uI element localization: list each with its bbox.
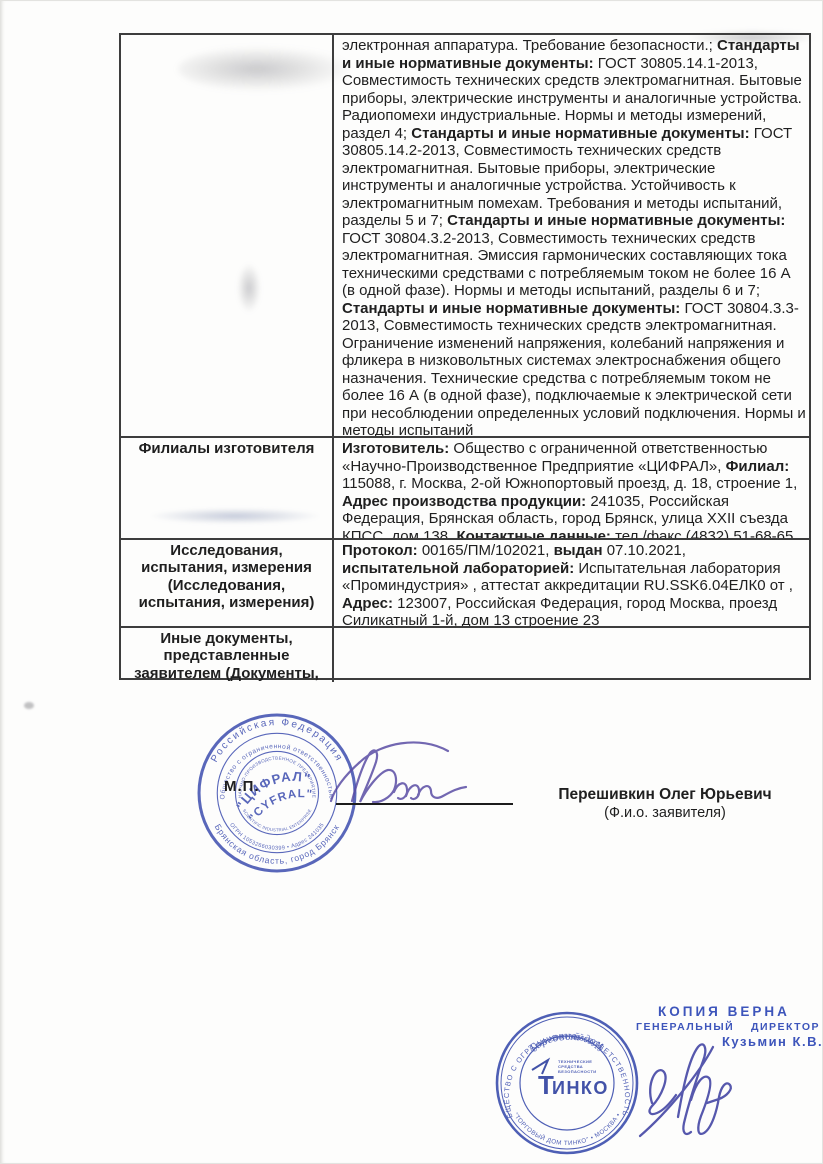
document-page: электронная аппаратура. Требование безоп… <box>0 0 823 1164</box>
text-line: раздел 4; Стандарты и иные нормативные д… <box>342 125 805 143</box>
text-line: разделы 5 и 7; Стандарты и иные норматив… <box>342 212 805 230</box>
copy-verna-role: ГЕНЕРАЛЬНЫЙ ДИРЕКТОР <box>630 1021 820 1033</box>
text-line: (в одной фазе). Нормы и методы испытаний… <box>342 282 805 300</box>
text-line: представленные <box>121 647 332 664</box>
text-line: 115088, г. Москва, 2-ой Южнопортовый про… <box>342 475 805 493</box>
tinko-trading-house-text: Торговый дом <box>527 1032 605 1055</box>
text-line: Адрес: 123007, Российская Федерация, гор… <box>342 595 805 613</box>
text-line: (Исследования, <box>121 577 332 594</box>
row-label-cell: Филиалы изготовителя <box>121 438 334 538</box>
text-line: Филиалы изготовителя <box>121 440 332 457</box>
role-right-text: ДИРЕКТОР <box>751 1021 820 1033</box>
director-signature <box>620 1035 750 1150</box>
text-line: Протокол: 00165/ПМ/102021, выдан 07.10.2… <box>342 542 805 560</box>
text-line: 30805.14.2-2013, Совместимость техническ… <box>342 142 805 160</box>
signature-line <box>336 803 513 805</box>
text-line: испытания, измерения <box>121 559 332 576</box>
text-line: и иные нормативные документы: ГОСТ 30805… <box>342 55 805 73</box>
text-line: Силикатный 1-й, дом 13 строение 23 <box>342 612 805 626</box>
stamp-place-label: М.П. <box>224 778 260 795</box>
text-line: Изготовитель: Общество с ограниченной от… <box>342 440 805 458</box>
other-documents-cell <box>334 628 809 682</box>
text-line: испытательной лабораторией: Испытательна… <box>342 560 805 578</box>
text-line: более 16 А (в одной фазе), подключаемые … <box>342 387 805 405</box>
text-line: «Научно-Производственное Предприятие «ЦИ… <box>342 458 805 476</box>
standards-text-cell: электронная аппаратура. Требование безоп… <box>334 35 809 436</box>
scan-smudge <box>24 702 34 709</box>
text-line: Радиопомехи индустриальные. Нормы и мето… <box>342 107 805 125</box>
row-tests-measurements: Исследования,испытания, измерения(Исслед… <box>121 540 809 628</box>
row-manufacturer-branches: Филиалы изготовителя Изготовитель: Общес… <box>121 438 809 540</box>
text-line: Исследования, <box>121 542 332 559</box>
text-line: методы испытаний <box>342 422 805 436</box>
manufacturer-text-cell: Изготовитель: Общество с ограниченной от… <box>334 438 809 538</box>
row-label-cell: Исследования,испытания, измерения(Исслед… <box>121 540 334 626</box>
text-line: фликера в низковольтных системах электро… <box>342 352 805 370</box>
text-line: при несоблюдении определенных условий по… <box>342 405 805 423</box>
applicant-block: Перешивкин Олег Юрьевич (Ф.и.о. заявител… <box>530 786 800 821</box>
tests-text-cell: Протокол: 00165/ПМ/102021, выдан 07.10.2… <box>334 540 809 626</box>
text-line: «Проминдустрия» , аттестат аккредитации … <box>342 577 805 595</box>
copy-verna-title: КОПИЯ ВЕРНА <box>630 1004 820 1019</box>
text-line: электромагнитная. Эмиссия гармонических … <box>342 247 805 265</box>
text-line: Иные документы, <box>121 630 332 647</box>
text-line: ГОСТ 30804.3.2-2013, Совместимость техни… <box>342 230 805 248</box>
row-label-cell <box>121 35 334 436</box>
text-line: Стандарты и иные нормативные документы: … <box>342 300 805 318</box>
text-line: Адрес производства продукции: 241035, Ро… <box>342 493 805 511</box>
row-other-documents: Иные документы,представленныезаявителем … <box>121 628 809 682</box>
text-line: заявителем (Документы, <box>121 665 332 682</box>
text-line: назначения. Технические средства с потре… <box>342 370 805 388</box>
text-line: техническими средствами с потребляемым т… <box>342 265 805 283</box>
text-line: Ограничение изменений напряжения, колеба… <box>342 335 805 353</box>
role-left-text: ГЕНЕРАЛЬНЫЙ <box>636 1021 734 1033</box>
text-line: электронная аппаратура. Требование безоп… <box>342 37 805 55</box>
stamp-arc-text: Торговый дом <box>527 1032 605 1055</box>
row-standards-continuation: электронная аппаратура. Требование безоп… <box>121 35 809 438</box>
tinko-tiny-line: БЕЗОПАСНОСТИ <box>558 1069 597 1074</box>
text-line: Совместимость технических средств электр… <box>342 72 805 90</box>
row-label-cell: Иные документы,представленныезаявителем … <box>121 628 334 682</box>
text-line: 2013, Совместимость технических средств … <box>342 317 805 335</box>
applicant-signature <box>300 720 500 830</box>
text-line: КПСС, дом 138, Контактные данные: тел./ф… <box>342 528 805 539</box>
applicant-name: Перешивкин Олег Юрьевич <box>530 786 800 804</box>
tinko-logo-rest: ИНКО <box>552 1078 609 1098</box>
text-line: электромагнитным помехам. Требования и м… <box>342 195 805 213</box>
applicant-caption: (Ф.и.о. заявителя) <box>530 805 800 821</box>
text-line: электромагнитная. Бытовые приборы, элект… <box>342 160 805 178</box>
document-table: электронная аппаратура. Требование безоп… <box>119 33 811 680</box>
text-line: инструменты и аналогичные устройства. Ус… <box>342 177 805 195</box>
text-line: Федерация, Брянская область, город Брянс… <box>342 510 805 528</box>
text-line: приборы, электрические инструменты и ана… <box>342 90 805 108</box>
text-line: испытания, измерения) <box>121 594 332 611</box>
